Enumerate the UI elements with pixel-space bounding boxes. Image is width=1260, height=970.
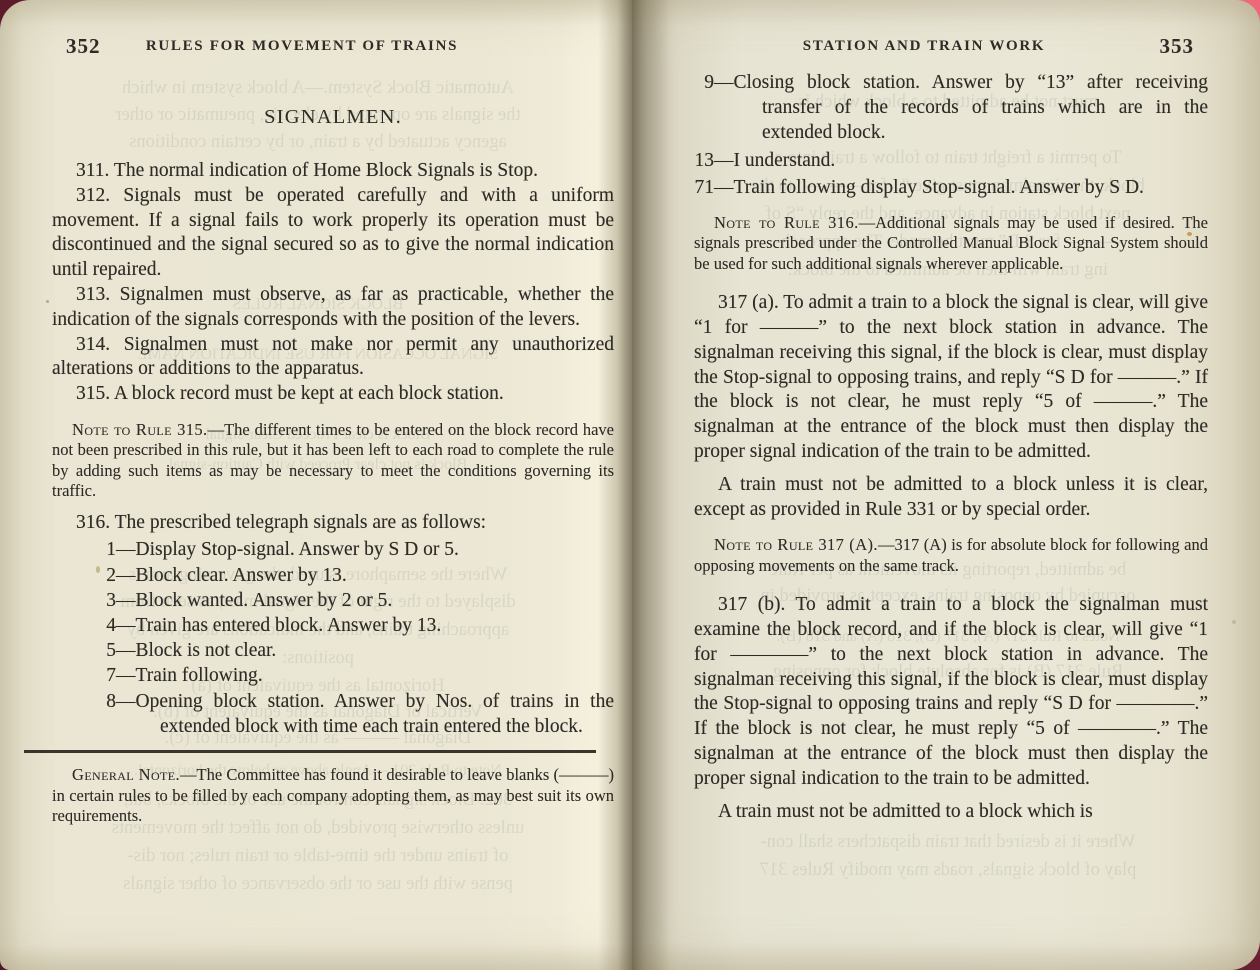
signal-text: —I understand.: [714, 150, 835, 171]
rule-paragraph-312: 312. Signals must be operated carefully …: [52, 184, 614, 283]
note-lead: Note to Rule 316.: [714, 213, 859, 232]
bleedthrough-text: play of block signals, roads may modify …: [660, 860, 1236, 881]
right-page: 353 STATION AND TRAIN WORK must not be a…: [632, 0, 1260, 970]
signal-text: —Train following.: [116, 665, 263, 686]
left-page-content: SIGNALMEN. 311. The normal indication of…: [0, 0, 632, 827]
footnote-rule: [24, 750, 596, 753]
rule-paragraph-314: 314. Signalmen must not make nor permit …: [52, 333, 614, 383]
bleedthrough-text: pense with the use or the observance of …: [28, 874, 608, 895]
signal-item: 8—Opening block station. Answer by Nos. …: [94, 689, 614, 739]
signal-item: 1—Display Stop-signal. Answer by S D or …: [94, 537, 614, 562]
signal-item: 4—Train has entered block. Answer by 13.: [94, 613, 614, 638]
signal-text: —Closing block station. Answer by “13” a…: [714, 72, 1208, 143]
book-spread: 352 RULES FOR MOVEMENT OF TRAINS Automat…: [0, 0, 1260, 970]
rule-paragraph-311: 311. The normal indication of Home Block…: [52, 159, 614, 184]
bleedthrough-text: of trains under the time-table or train …: [28, 846, 608, 867]
note-to-rule-317a: Note to Rule 317 (A).—317 (A) is for abs…: [694, 535, 1208, 576]
signal-number: 9: [686, 70, 714, 95]
signal-text: —Opening block station. Answer by Nos. o…: [116, 691, 614, 737]
general-note-lead: General Note.: [72, 765, 180, 784]
rule-paragraph-317a-2: A train must not be admitted to a block …: [694, 473, 1208, 523]
signal-text: —Block clear. Answer by 13.: [116, 565, 347, 586]
signal-text: —Block is not clear.: [116, 640, 276, 661]
signal-number: 71: [686, 175, 714, 200]
signal-number: 7: [94, 663, 116, 688]
general-note: General Note.—The Committee has found it…: [52, 765, 614, 827]
signal-item: 71—Train following display Stop-signal. …: [686, 175, 1208, 200]
rule-paragraph-315: 315. A block record must be kept at each…: [52, 382, 614, 407]
signal-text: —Block wanted. Answer by 2 or 5.: [116, 590, 392, 611]
bleedthrough-text: Where it is desired that train dispatche…: [660, 832, 1236, 853]
signal-item: 5—Block is not clear.: [94, 638, 614, 663]
left-page: 352 RULES FOR MOVEMENT OF TRAINS Automat…: [0, 0, 632, 970]
note-lead: Note to Rule 317 (A).: [714, 535, 878, 554]
signal-text: —Train following display Stop-signal. An…: [714, 177, 1144, 198]
signal-number: 1: [94, 537, 116, 562]
signal-number: 8: [94, 689, 116, 714]
signal-number: 2: [94, 563, 116, 588]
signal-number: 3: [94, 588, 116, 613]
signal-number: 13: [686, 148, 714, 173]
note-lead: Note to Rule 315.: [72, 420, 208, 439]
signal-item: 2—Block clear. Answer by 13.: [94, 563, 614, 588]
signal-item: 7—Train following.: [94, 663, 614, 688]
telegraph-signal-list-continued: 9—Closing block station. Answer by “13” …: [694, 70, 1208, 200]
telegraph-signal-list: 1—Display Stop-signal. Answer by S D or …: [52, 537, 614, 739]
section-heading: SIGNALMEN.: [52, 106, 614, 129]
signal-item: 13—I understand.: [686, 148, 1208, 173]
signal-item: 3—Block wanted. Answer by 2 or 5.: [94, 588, 614, 613]
rule-paragraph-317b-2: A train must not be admitted to a block …: [694, 800, 1208, 825]
rule-paragraph-313: 313. Signalmen must observe, as far as p…: [52, 283, 614, 333]
signal-text: —Display Stop-signal. Answer by S D or 5…: [116, 539, 459, 560]
signal-number: 5: [94, 638, 116, 663]
note-to-rule-316: Note to Rule 316.—Additional signals may…: [694, 213, 1208, 274]
rule-paragraph-317a: 317 (a). To admit a train to a block the…: [694, 291, 1208, 465]
note-to-rule-315: Note to Rule 315.—The different times to…: [52, 420, 614, 502]
signal-number: 4: [94, 613, 116, 638]
rule-paragraph-316: 316. The prescribed telegraph signals ar…: [52, 511, 614, 536]
signal-text: —Train has entered block. Answer by 13.: [116, 615, 441, 636]
rule-paragraph-317b: 317 (b). To admit a train to a block the…: [694, 593, 1208, 791]
right-page-content: 9—Closing block station. Answer by “13” …: [632, 0, 1260, 824]
signal-item: 9—Closing block station. Answer by “13” …: [686, 70, 1208, 146]
